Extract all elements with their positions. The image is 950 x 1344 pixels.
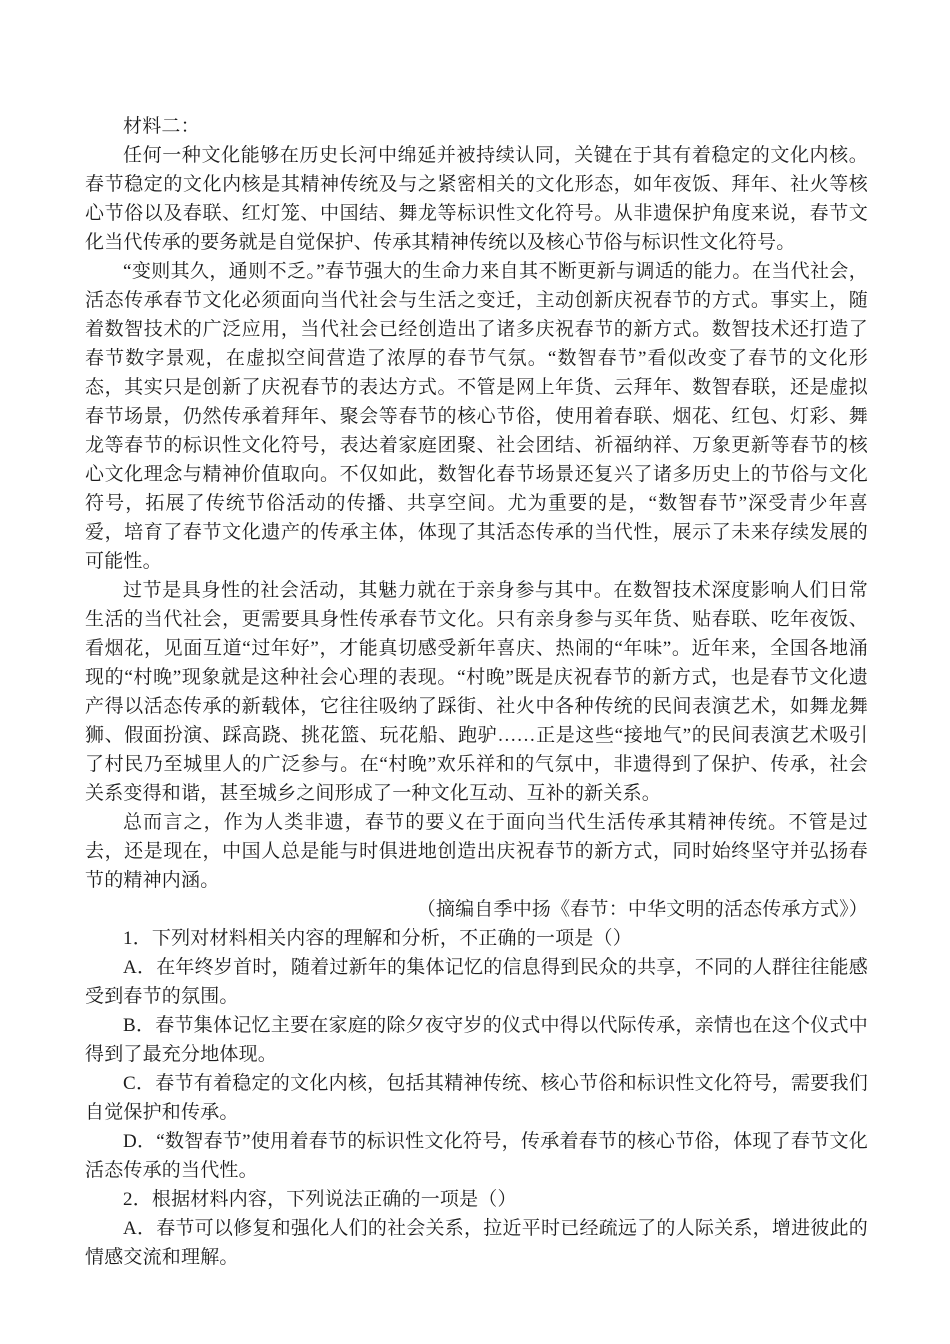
question-1-stem: 1．下列对材料相关内容的理解和分析，不正确的一项是（） — [85, 924, 868, 953]
paragraph-2: “变则其久，通则不乏。”春节强大的生命力来自其不断更新与调适的能力。在当代社会，… — [85, 257, 868, 576]
question-2-option-a: A．春节可以修复和强化人们的社会关系，拉近平时已经疏远了的人际关系，增进彼此的情… — [85, 1214, 868, 1272]
material-heading: 材料二： — [85, 112, 868, 141]
question-2-stem: 2．根据材料内容，下列说法正确的一项是（） — [85, 1185, 868, 1214]
question-1-option-b: B．春节集体记忆主要在家庭的除夕夜守岁的仪式中得以代际传承，亲情也在这个仪式中得… — [85, 1011, 868, 1069]
paragraph-1: 任何一种文化能够在历史长河中绵延并被持续认同，关键在于其有着稳定的文化内核。春节… — [85, 141, 868, 257]
source-attribution: （摘编自季中扬《春节：中华文明的活态传承方式》） — [85, 895, 868, 924]
question-1-option-d: D．“数智春节”使用着春节的标识性文化符号，传承着春节的核心节俗，体现了春节文化… — [85, 1127, 868, 1185]
paragraph-3: 过节是具身性的社会活动，其魅力就在于亲身参与其中。在数智技术深度影响人们日常生活… — [85, 576, 868, 808]
paragraph-4: 总而言之，作为人类非遗，春节的要义在于面向当代生活传承其精神传统。不管是过去，还… — [85, 808, 868, 895]
question-1-option-c: C．春节有着稳定的文化内核，包括其精神传统、核心节俗和标识性文化符号，需要我们自… — [85, 1069, 868, 1127]
question-1-option-a: A．在年终岁首时，随着过新年的集体记忆的信息得到民众的共享，不同的人群往往能感受… — [85, 953, 868, 1011]
document-page: 材料二： 任何一种文化能够在历史长河中绵延并被持续认同，关键在于其有着稳定的文化… — [0, 0, 950, 1344]
